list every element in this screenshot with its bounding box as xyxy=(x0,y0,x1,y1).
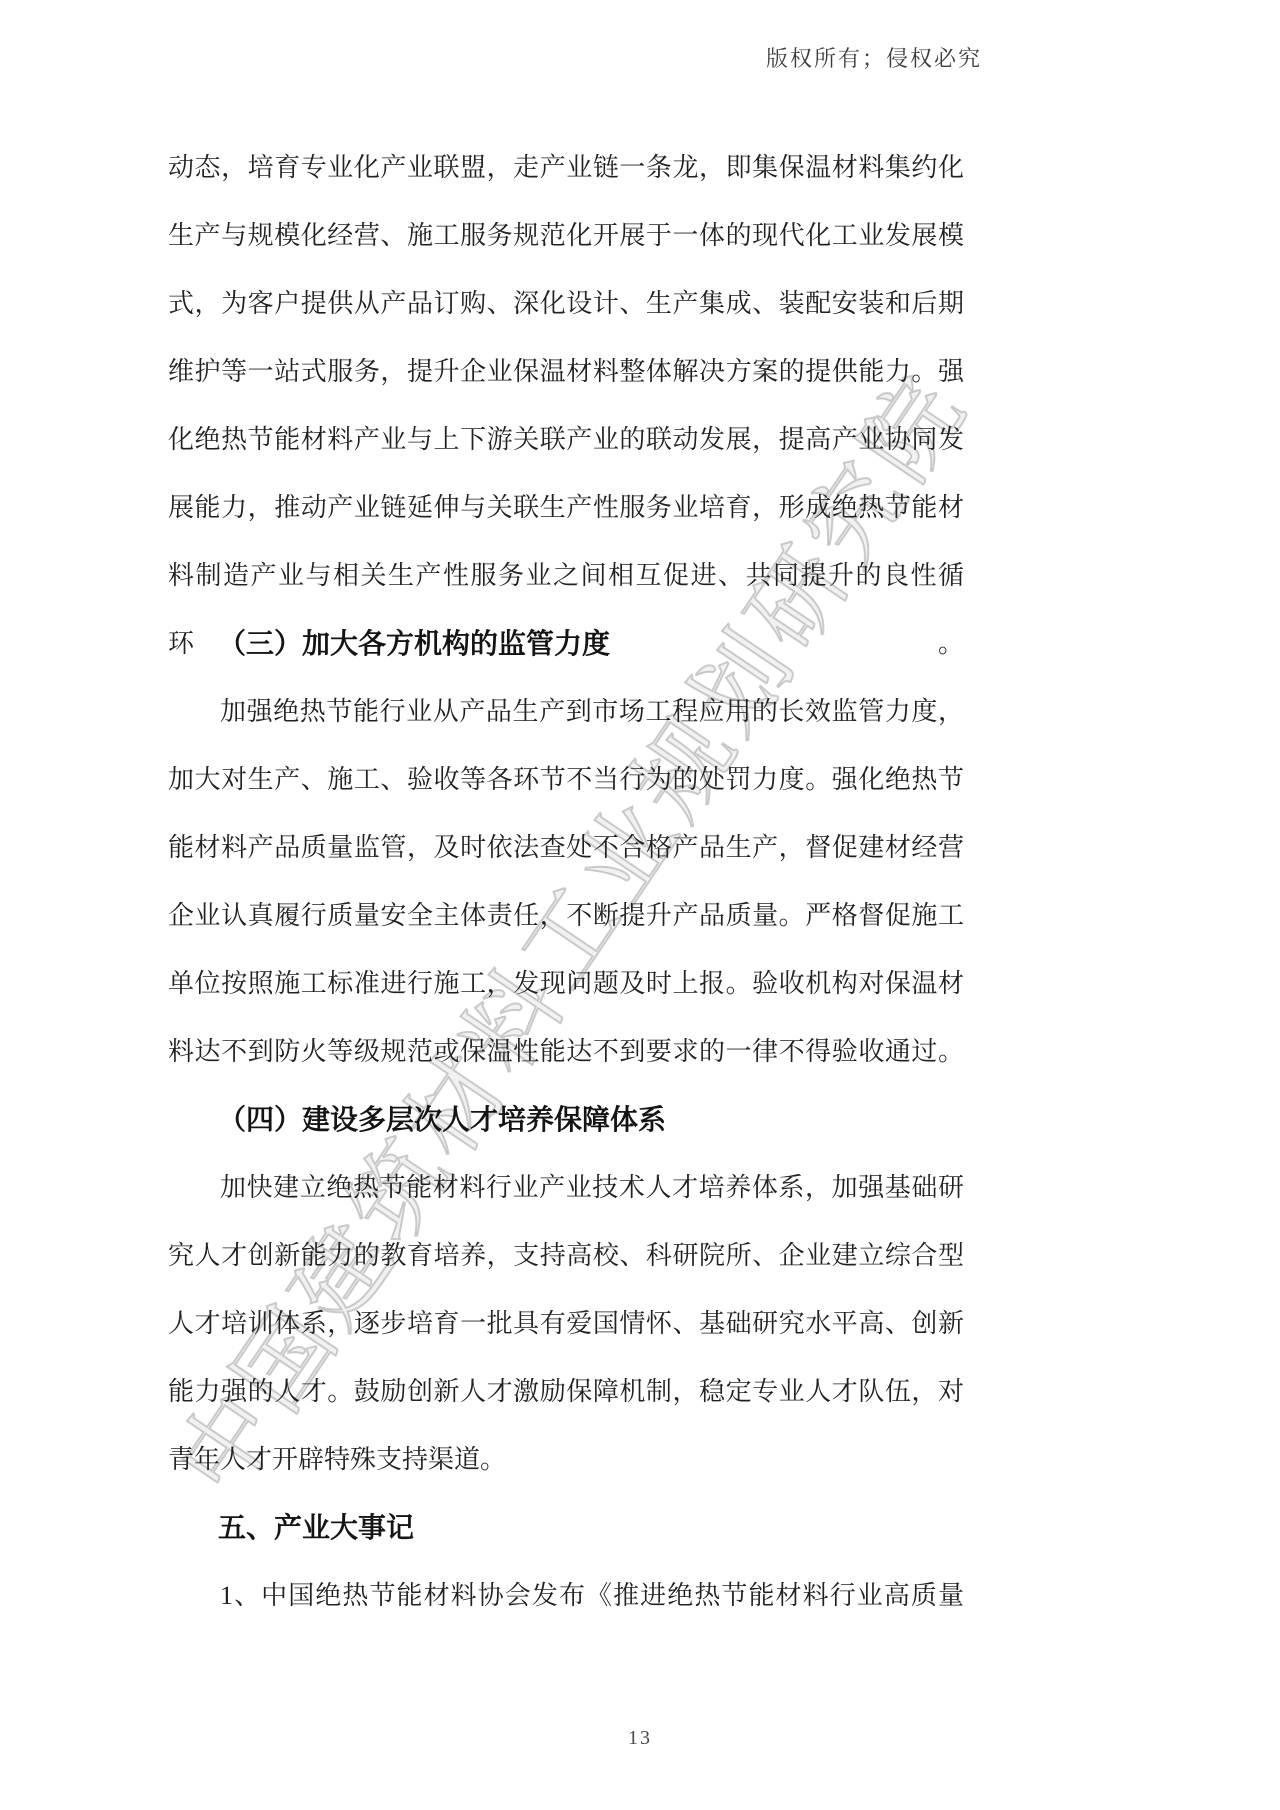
document-page: 版权所有；侵权必究 中国建筑材料工业规划研究院 动态，培育专业化产业联盟，走产业… xyxy=(0,0,1280,1810)
paragraph-line: 加大对生产、施工、验收等各环节不当行为的处罚力度。强化绝热节 xyxy=(168,746,964,814)
paragraph-line: 单位按照施工标准进行施工，发现问题及时上报。验收机构对保温材 xyxy=(168,950,964,1018)
paragraph-line: 能力强的人才。鼓励创新人才激励保障机制，稳定专业人才队伍，对 xyxy=(168,1358,964,1426)
page-number: 13 xyxy=(0,1727,1280,1750)
paragraph-line: 化绝热节能材料产业与上下游关联产业的联动发展，提高产业协同发 xyxy=(168,406,964,474)
paragraph-line: 加强绝热节能行业从产品生产到市场工程应用的长效监管力度， xyxy=(168,678,964,746)
paragraph-line: 1、中国绝热节能材料协会发布《推进绝热节能材料行业高质量 xyxy=(168,1562,964,1630)
paragraph-line: 加快建立绝热节能材料行业产业技术人才培养体系，加强基础研 xyxy=(168,1154,964,1222)
document-body: 动态，培育专业化产业联盟，走产业链一条龙，即集保温材料集约化 生产与规模化经营、… xyxy=(168,134,964,1630)
paragraph-line: 料制造产业与相关生产性服务业之间相互促进、共同提升的良性循环。 xyxy=(168,542,964,610)
paragraph-line: 式，为客户提供从产品订购、深化设计、生产集成、装配安装和后期 xyxy=(168,270,964,338)
heading-section-5: 五、产业大事记 xyxy=(168,1494,964,1562)
copyright-notice: 版权所有；侵权必究 xyxy=(766,42,982,73)
paragraph-line: 展能力，推动产业链延伸与关联生产性服务业培育，形成绝热节能材 xyxy=(168,474,964,542)
paragraph-line: 生产与规模化经营、施工服务规范化开展于一体的现代化工业发展模 xyxy=(168,202,964,270)
paragraph-line: 料达不到防火等级规范或保温性能达不到要求的一律不得验收通过。 xyxy=(168,1018,964,1086)
paragraph-line: 人才培训体系，逐步培育一批具有爱国情怀、基础研究水平高、创新 xyxy=(168,1290,964,1358)
paragraph-line: 维护等一站式服务，提升企业保温材料整体解决方案的提供能力。强 xyxy=(168,338,964,406)
paragraph-line: 能材料产品质量监管，及时依法查处不合格产品生产，督促建材经营 xyxy=(168,814,964,882)
paragraph-line: 究人才创新能力的教育培养，支持高校、科研院所、企业建立综合型 xyxy=(168,1222,964,1290)
paragraph-line: 青年人才开辟特殊支持渠道。 xyxy=(168,1426,964,1494)
paragraph-line: 动态，培育专业化产业联盟，走产业链一条龙，即集保温材料集约化 xyxy=(168,134,964,202)
paragraph-line: 企业认真履行质量安全主体责任，不断提升产品质量。严格督促施工 xyxy=(168,882,964,950)
heading-section-4: （四）建设多层次人才培养保障体系 xyxy=(168,1086,964,1154)
